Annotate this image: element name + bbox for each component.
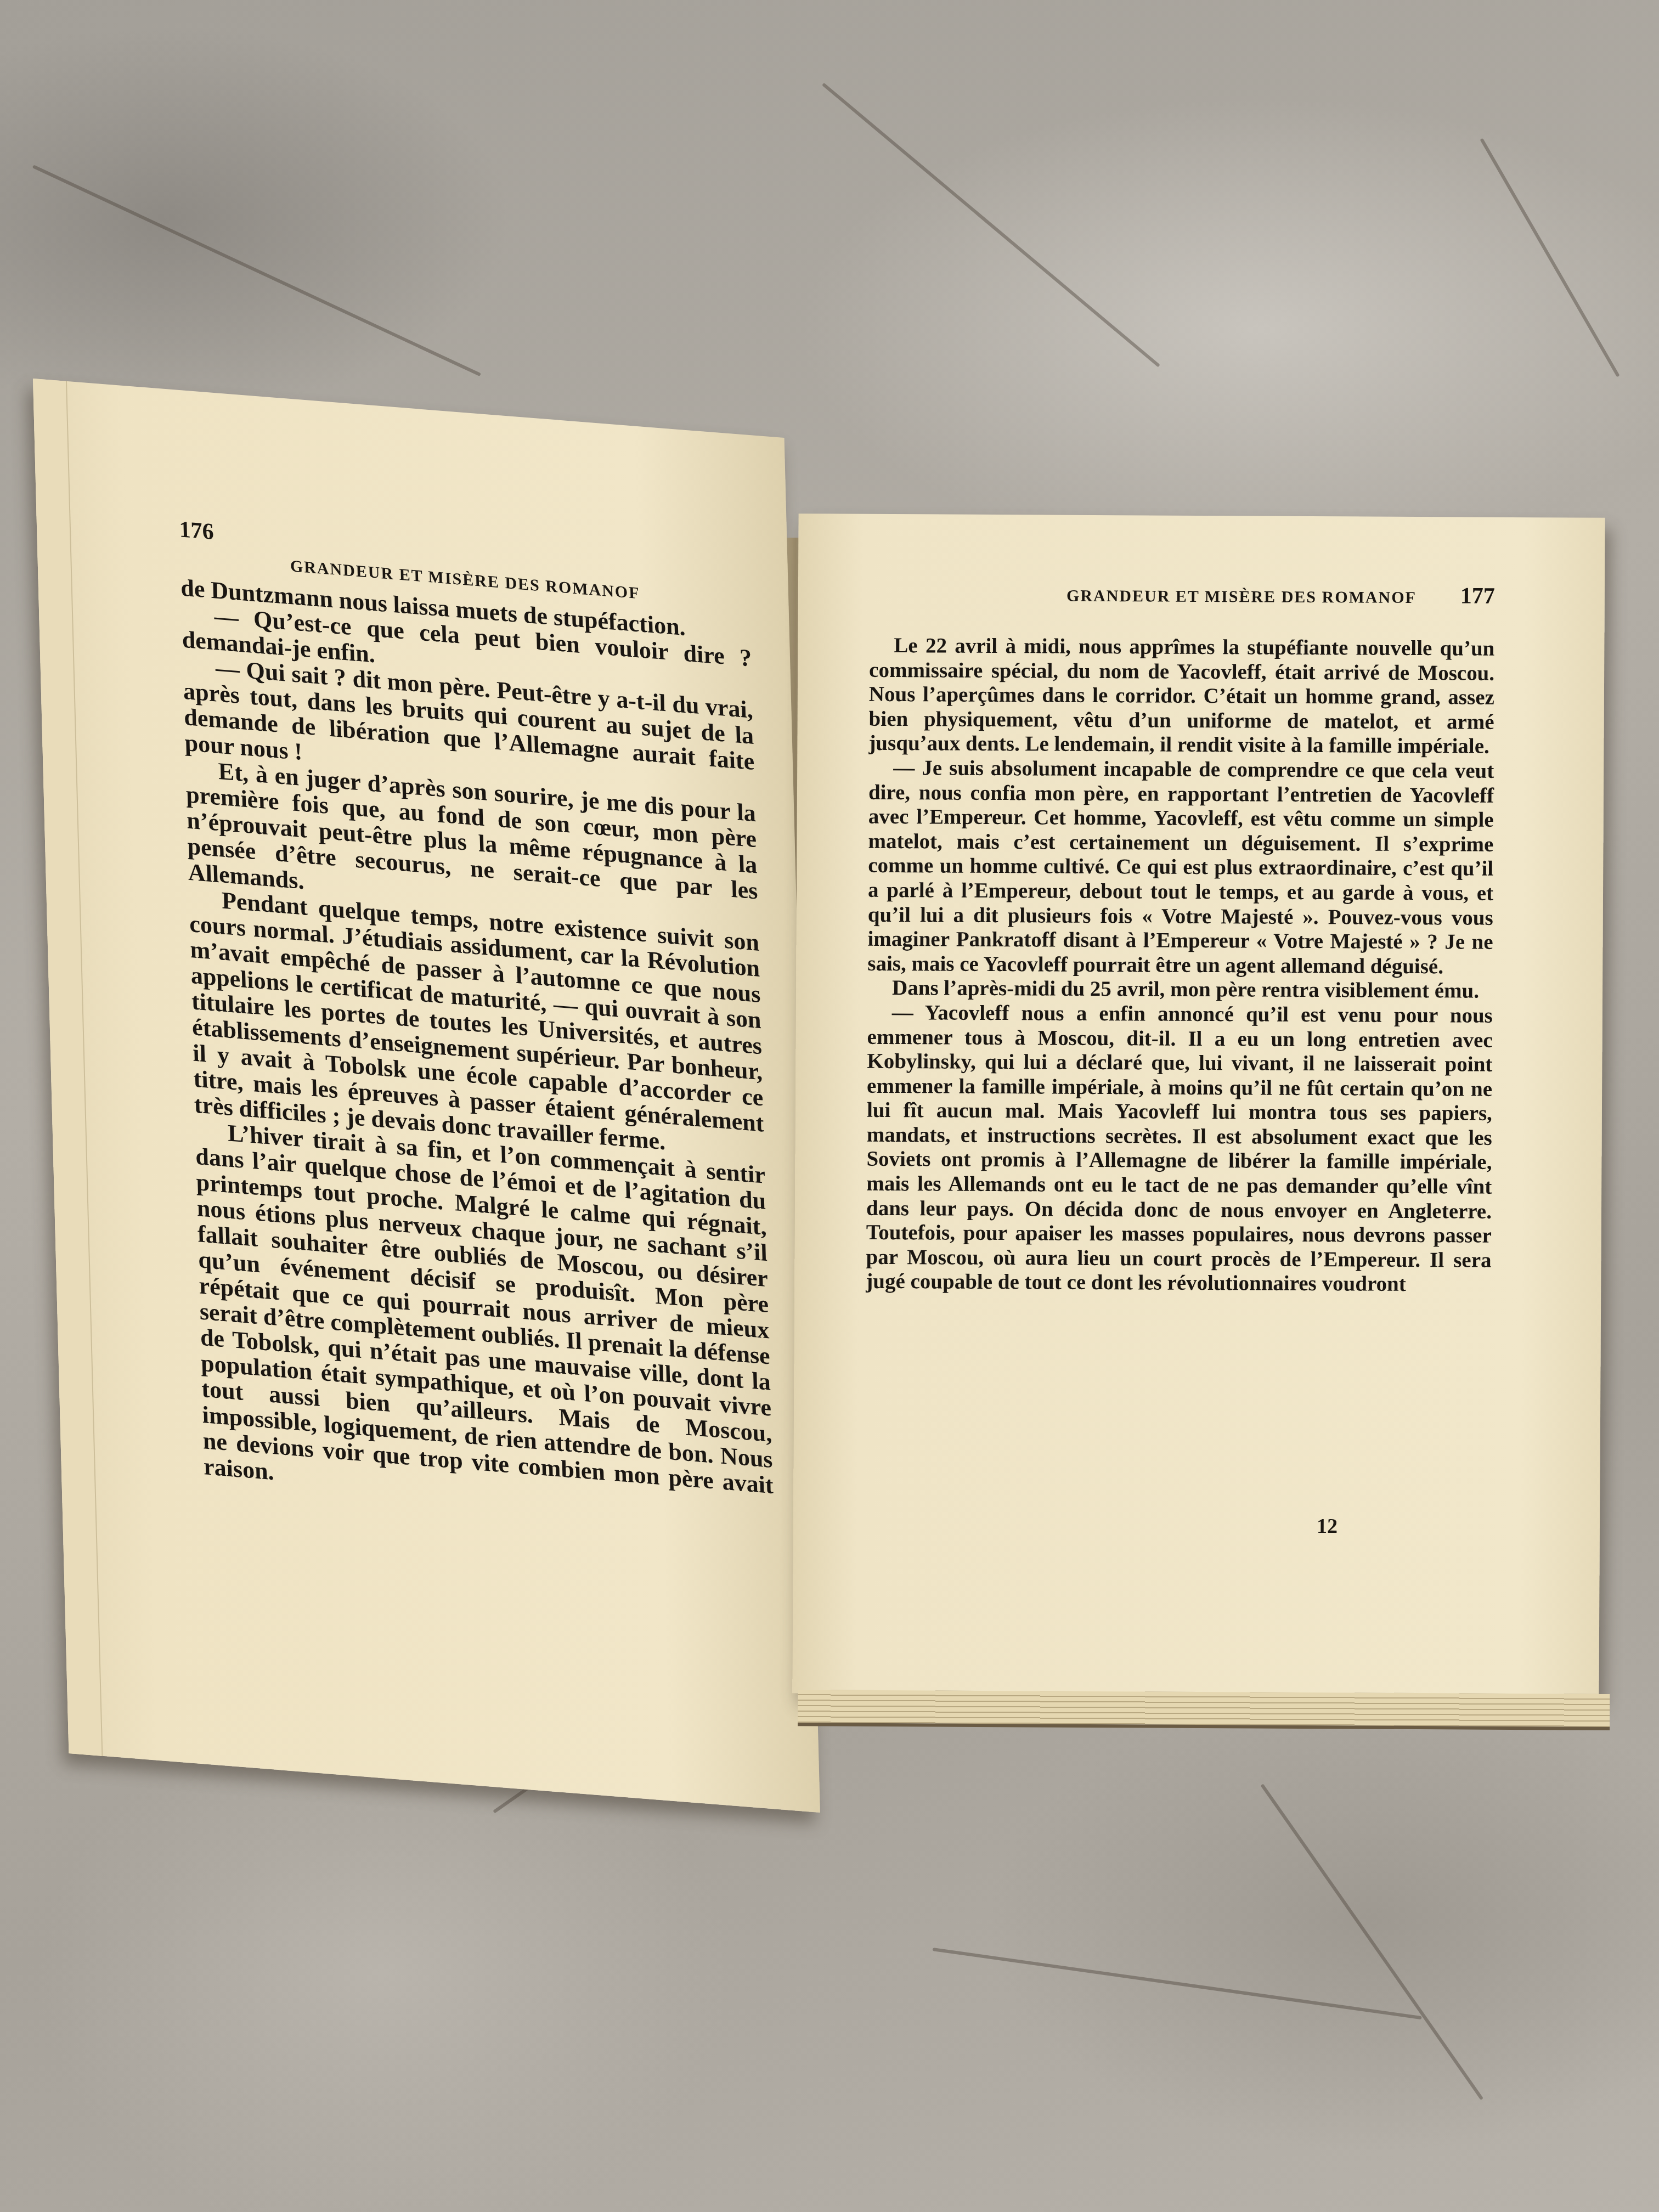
paragraph: Le 22 avril à midi, nous apprîmes la stu… bbox=[868, 634, 1494, 759]
marble-vein bbox=[822, 83, 1160, 368]
marble-vein bbox=[1261, 1784, 1483, 2100]
marble-vein bbox=[32, 165, 481, 376]
right-page: GRANDEUR ET MISÈRE DES ROMANOF 177 Le 22… bbox=[792, 513, 1605, 1697]
paragraph: — Yacovleff nous a enfin annoncé qu’il e… bbox=[866, 1001, 1493, 1297]
page-number-right: 177 bbox=[1460, 583, 1495, 609]
signature-mark: 12 bbox=[1317, 1514, 1338, 1538]
right-page-header: GRANDEUR ET MISÈRE DES ROMANOF 177 bbox=[870, 580, 1495, 610]
paragraph: Pendant quelque temps, notre existence s… bbox=[188, 885, 765, 1163]
marble-vein bbox=[1480, 138, 1620, 377]
running-head-right: GRANDEUR ET MISÈRE DES ROMANOF bbox=[1066, 587, 1417, 607]
marble-vein bbox=[933, 1948, 1422, 2019]
paragraph: — Je suis absolument incapable de compre… bbox=[867, 756, 1494, 979]
paragraph: L’hiver tirait à sa fin, et l’on commenç… bbox=[195, 1118, 775, 1525]
left-page: 176 GRANDEUR ET MISÈRE DES ROMANOF de Du… bbox=[33, 379, 820, 1813]
page-stack-edge bbox=[798, 1690, 1610, 1730]
paragraph: Dans l’après-midi du 25 avril, mon père … bbox=[867, 976, 1493, 1004]
